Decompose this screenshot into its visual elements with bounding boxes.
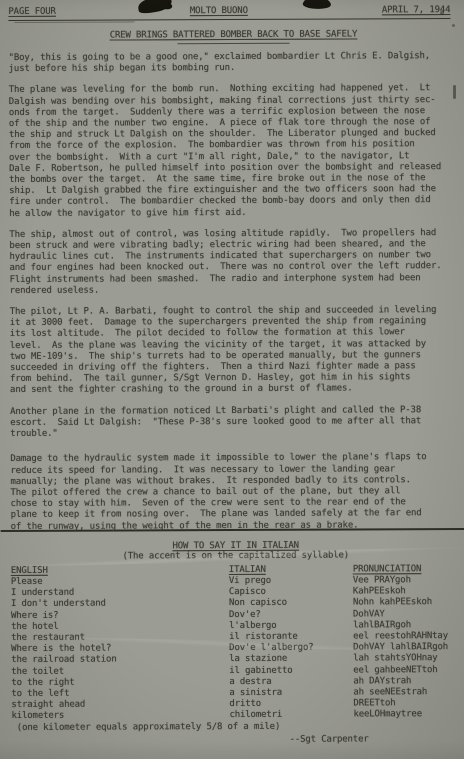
phrase-italian: chilometri — [229, 710, 353, 722]
article-headline: CREW BRINGS BATTERED BOMBER BACK TO BASE… — [8, 29, 458, 41]
phrase-english: kilometers — [11, 710, 229, 722]
author-byline: --Sgt Carpenter — [290, 734, 462, 746]
column-header-pronunciation: PRONUNCIATION — [353, 564, 461, 576]
phrase-pronunciation: keeLOHmaytree — [353, 709, 461, 721]
phrase-italian: Non capisco — [229, 598, 353, 610]
scanned-newsletter-page: { "colors": { "paper": "#9b9c94", "ink":… — [0, 0, 464, 759]
phrase-pronunciation: lah stahtsYOHnay — [353, 653, 461, 665]
phrase-english: the hotel — [11, 621, 229, 633]
phrase-pronunciation: Vee PRAYgoh — [353, 575, 461, 587]
page-number: PAGE FOUR — [8, 7, 55, 17]
issue-date: APRIL 7, 1944 — [382, 5, 451, 15]
phrase-pronunciation: DohVAY — [353, 609, 461, 621]
column-header-italian: ITALIAN — [229, 564, 353, 576]
phrase-italian: il ristorante — [229, 631, 353, 643]
phrase-english: the railroad station — [11, 654, 229, 666]
phrase-english: Please — [11, 576, 229, 588]
phrase-pronunciation: Nohn kahPEEskoh — [353, 597, 461, 609]
phrase-pronunciation: DREETtoh — [353, 698, 461, 710]
phrase-pronunciation: KahPEEskoh — [353, 586, 461, 598]
phrase-english: to the right — [11, 677, 229, 689]
phrase-english: the restaurant — [11, 632, 229, 644]
phrase-italian: a destra — [229, 676, 353, 688]
phrase-english: Where is? — [11, 610, 229, 622]
phrase-pronunciation: lahlBAIRgoh — [353, 620, 461, 632]
phrase-english: to the left — [11, 688, 229, 700]
masthead-subrule — [14, 21, 134, 23]
phrasebook-subtitle: (The accent is on the capitalized syllab… — [11, 550, 461, 563]
article-paragraph: The plane was leveling for the bomb run.… — [9, 83, 460, 219]
phrasebook-table: ENGLISH ITALIAN PRONUNCIATION Please Vi … — [11, 564, 462, 723]
phrase-italian: Dov'e? — [229, 609, 353, 621]
phrase-pronunciation: eel reestohRAHNtay — [353, 631, 461, 643]
phrase-english: straight ahead — [11, 699, 229, 711]
phrase-italian: Vi prego — [229, 575, 353, 587]
phrase-pronunciation: eel gahbeeNETtoh — [353, 665, 461, 677]
phrase-pronunciation: ah DAYstrah — [353, 676, 461, 688]
phrase-italian: l'albergo — [229, 620, 353, 632]
article-paragraph: The pilot, Lt P. A. Barbati, fought to c… — [10, 305, 460, 397]
phrase-italian: Dov'e l'albergo? — [229, 643, 353, 655]
phrase-italian: il gabinetto — [229, 665, 353, 677]
column-header-english: ENGLISH — [11, 565, 229, 577]
article-paragraph: Another plane in the formation noticed L… — [10, 405, 460, 441]
phrase-italian: Capisco — [229, 587, 353, 599]
phrase-english: the toilet — [11, 666, 229, 678]
phrase-italian: la stazione — [229, 654, 353, 666]
article-paragraph: "Boy, this is going to be a good one," e… — [9, 51, 459, 75]
headline-divider — [178, 43, 290, 44]
phrase-italian: a sinistra — [229, 687, 353, 699]
phrase-pronunciation: ah seeNEEstrah — [353, 687, 461, 699]
article-paragraph: Damage to the hydraulic system made it i… — [10, 452, 460, 532]
masthead: PAGE FOUR MOLTO BUONO APRIL 7, 1944 — [8, 5, 450, 21]
article-body: "Boy, this is going to be a good one," e… — [9, 51, 461, 533]
phrase-italian: dritto — [229, 699, 353, 711]
newsletter-title: MOLTO BUONO — [190, 6, 248, 16]
article-paragraph: The ship, almost out of control, was los… — [9, 228, 459, 297]
phrase-pronunciation: DohVAY lahlBAIRgoh — [353, 642, 461, 654]
phrase-english: Where is the hotel? — [11, 643, 229, 655]
newsletter-page: PAGE FOUR MOLTO BUONO APRIL 7, 1944 CREW… — [0, 0, 464, 759]
phrase-english: I understand — [11, 587, 229, 599]
kilometer-footnote: (one kilometer equals approximately 5/8 … — [11, 721, 461, 734]
phrase-english: I don't understand — [11, 598, 229, 610]
